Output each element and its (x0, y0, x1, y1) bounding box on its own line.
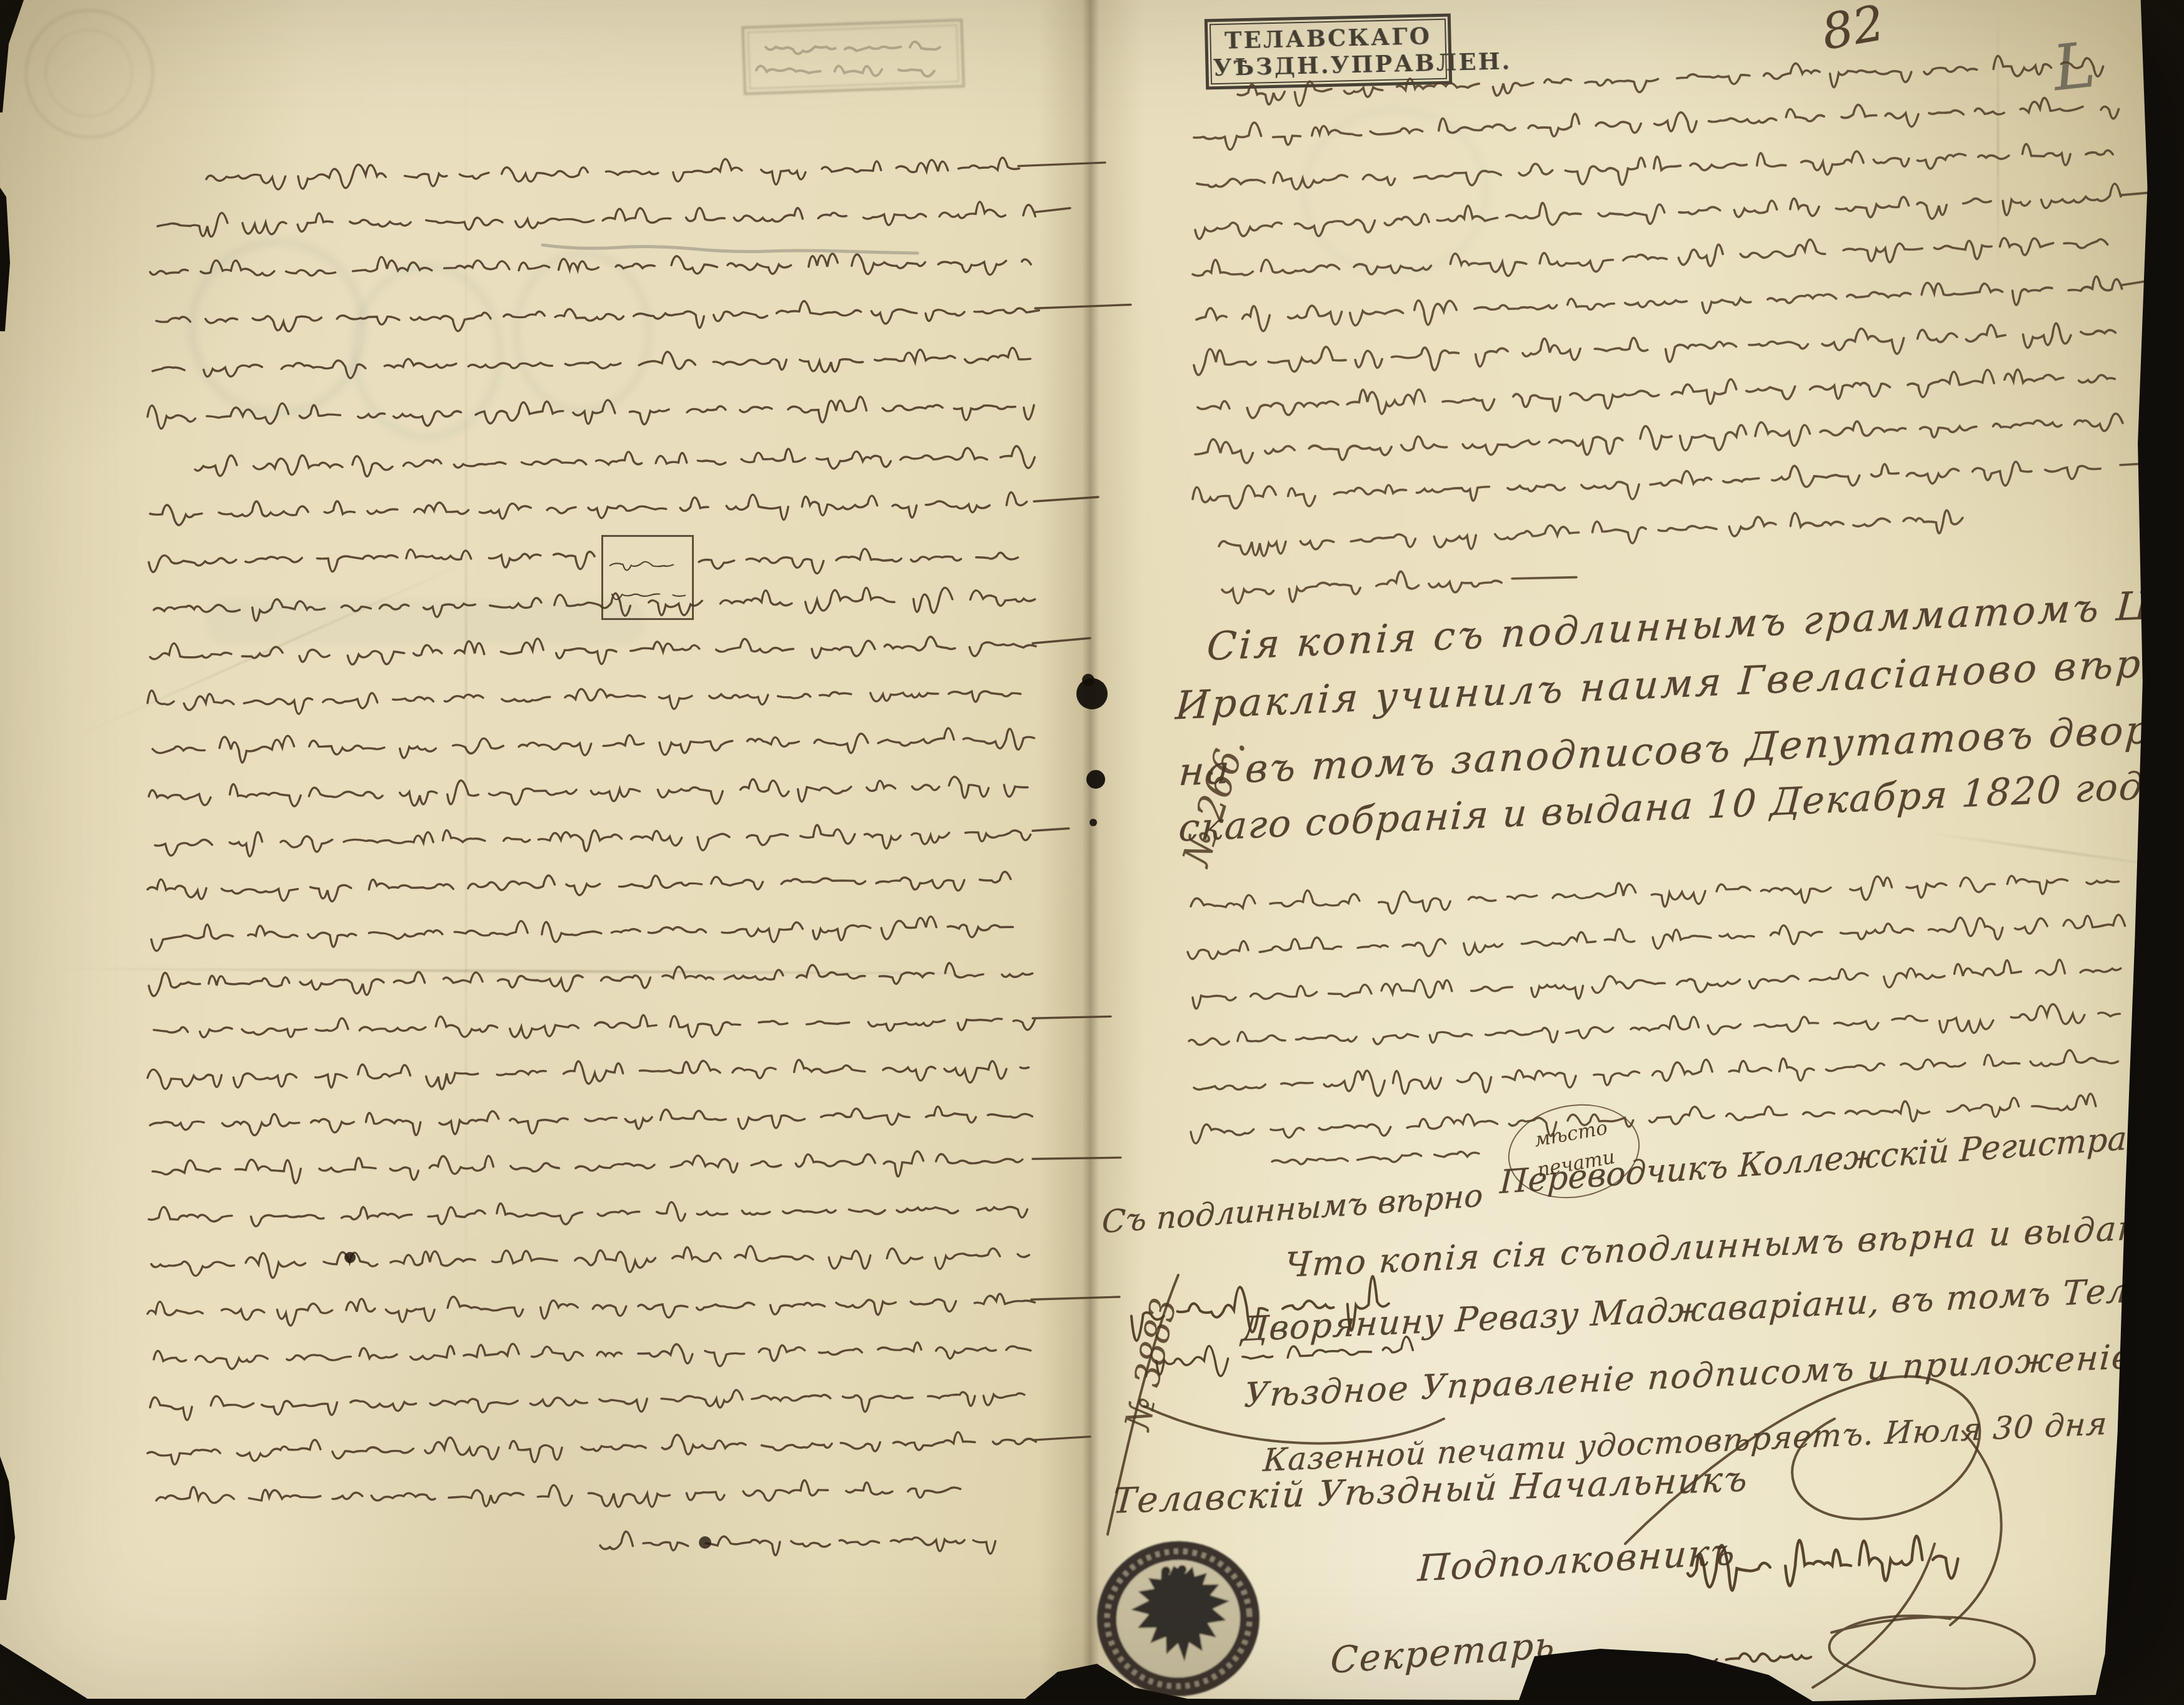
georgian-script-line (154, 1342, 1031, 1369)
georgian-script-line (150, 637, 1090, 664)
georgian-script-line (1272, 1152, 1479, 1164)
georgian-script-line (156, 1480, 961, 1507)
georgian-script-line (1191, 876, 2119, 913)
georgian-script-line (1198, 369, 2115, 418)
georgian-script-line (1197, 144, 2113, 189)
document-scan: ТЕЛАВСКАГО УѢЗДН.УПРАВЛЕН. 82 L № 266. №… (0, 0, 2184, 1705)
georgian-script-line (154, 1015, 1111, 1038)
georgian-script-line (149, 549, 594, 572)
georgian-script-line (150, 254, 1031, 276)
georgian-script-line (1194, 323, 2116, 375)
georgian-script-line (148, 872, 1011, 902)
georgian-script-line (195, 446, 1034, 476)
georgian-script-line (600, 1532, 995, 1556)
georgian-script-line (1195, 414, 2123, 463)
faded-stamp-text-line (766, 42, 940, 54)
georgian-script-line (154, 587, 1035, 621)
georgian-script-line (156, 301, 1131, 332)
insertion-box-script-line (612, 594, 685, 599)
ink-blot (344, 1252, 356, 1263)
georgian-script-line (148, 689, 1021, 714)
faded-stamp-text-line (756, 66, 934, 76)
georgian-script-line (1188, 915, 2125, 959)
georgian-script-line (153, 1151, 1121, 1183)
georgian-script-line (1189, 1004, 2120, 1045)
georgian-script-line (155, 825, 1069, 856)
georgian-script-line (699, 549, 1018, 573)
georgian-script-line (1194, 1050, 2118, 1096)
ink-blot (1089, 819, 1097, 826)
ink-blot (1086, 770, 1105, 789)
georgian-script-line (150, 492, 1098, 526)
georgian-script-line (150, 1390, 1024, 1420)
georgian-script-line (206, 157, 1105, 189)
georgian-script-line (1193, 238, 2108, 276)
georgian-script-line (153, 348, 1031, 379)
georgian-script-line (149, 1202, 1028, 1226)
georgian-script-line (151, 1246, 1029, 1278)
georgian-script-line (149, 777, 1028, 806)
georgian-script-line (1195, 184, 2158, 239)
georgian-script-line (150, 1106, 1032, 1135)
georgian-script-line (1222, 571, 1576, 603)
georgian-script-line (148, 1294, 1120, 1326)
georgian-script-line (1194, 98, 2119, 150)
ink-blot (699, 1536, 711, 1549)
pen-flourish (1950, 1431, 2001, 1625)
georgian-script-line (148, 1432, 1090, 1464)
georgian-script-line (149, 963, 1033, 996)
ink-blot (1082, 674, 1095, 686)
georgian-script-line (158, 202, 1070, 237)
georgian-script-line (148, 397, 1034, 429)
pencil-underline (543, 245, 918, 253)
georgian-script-line (153, 728, 1034, 762)
insertion-box-script-line (610, 562, 673, 571)
georgian-script-line (1196, 276, 2155, 331)
georgian-script-line (1219, 511, 1963, 556)
georgian-script-line (151, 916, 1013, 951)
georgian-script-line (1238, 56, 2103, 106)
georgian-script-line (1193, 960, 2121, 1009)
georgian-script-line (1193, 461, 2184, 509)
georgian-script-line (148, 1060, 1029, 1089)
